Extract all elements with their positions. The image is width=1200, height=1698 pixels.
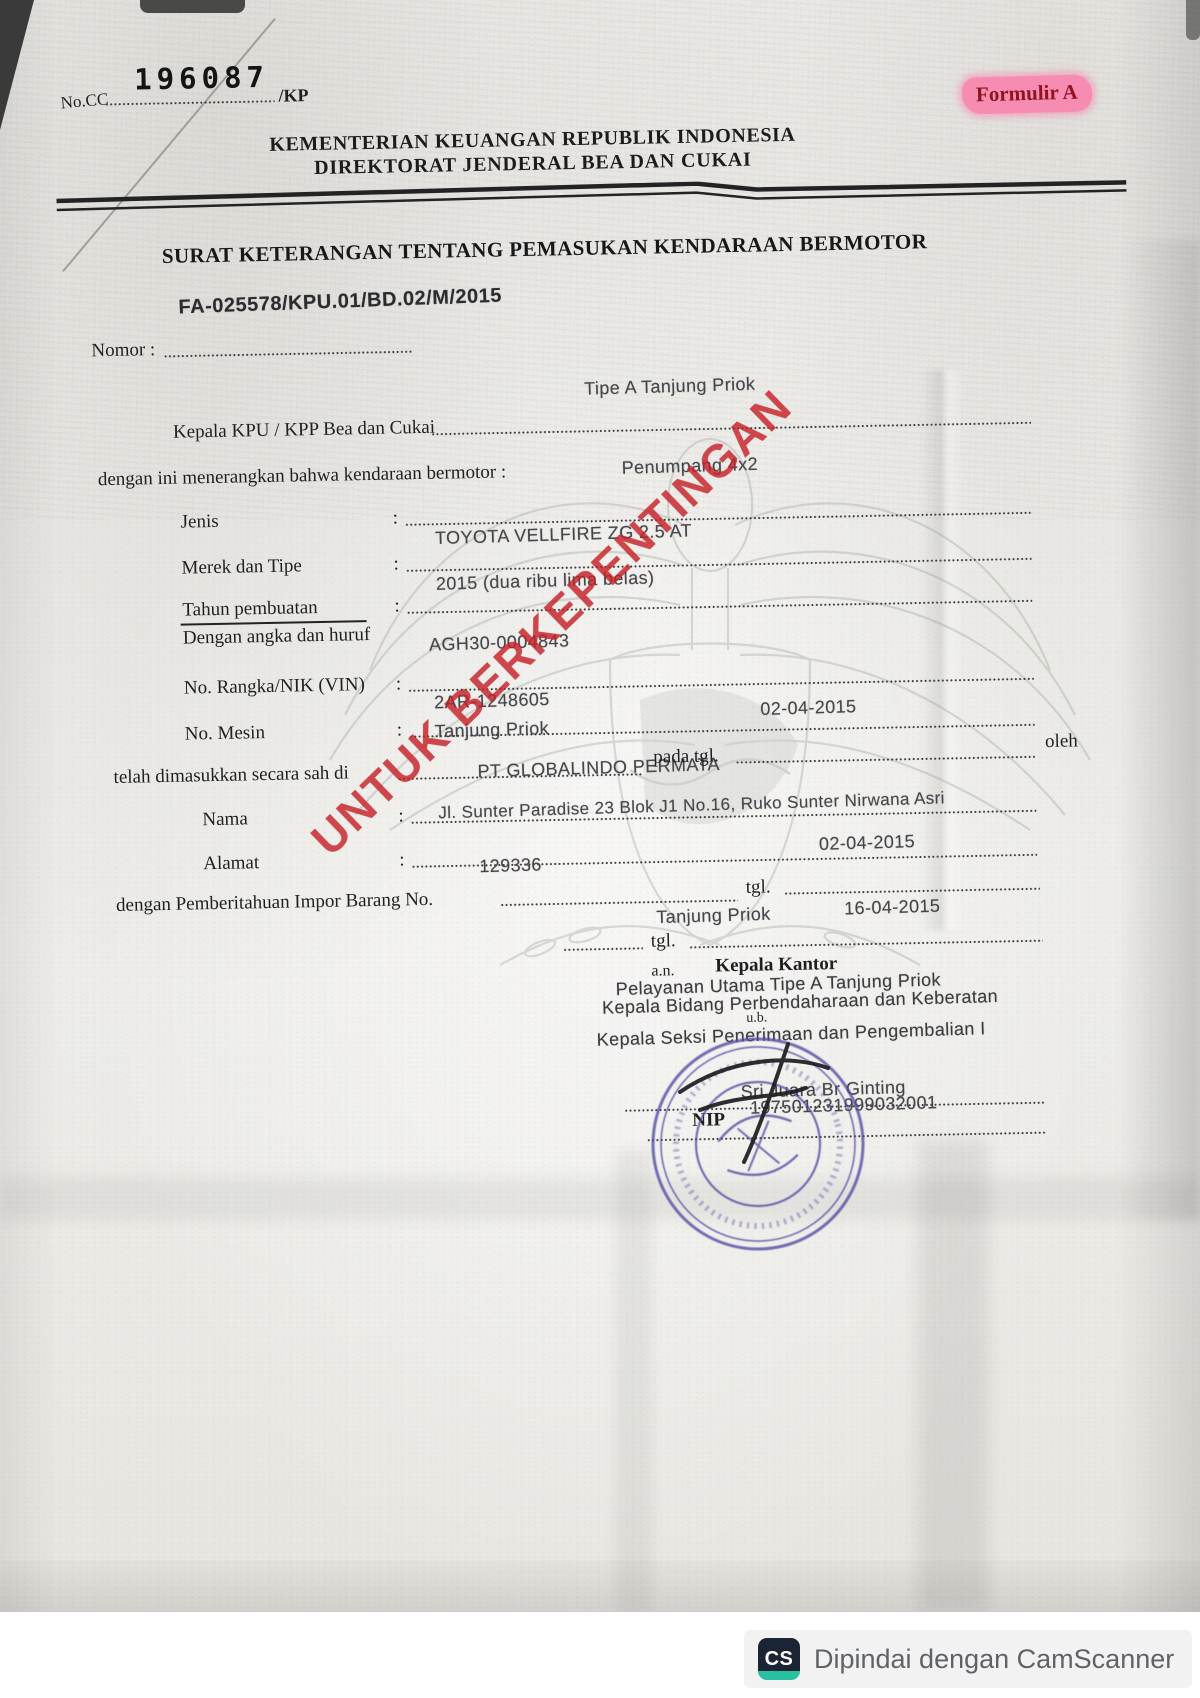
reference-number: FA-025578/KPU.01/BD.02/M/2015 (178, 285, 502, 320)
camscanner-text: Dipindai dengan CamScanner (814, 1644, 1174, 1675)
no-cc-dotted-line (105, 100, 275, 106)
jenis-label: Jenis (180, 511, 218, 534)
mesin-typed-date: 02-04-2015 (760, 696, 857, 720)
office-label: Kepala KPU / KPP Bea dan Cukai (173, 417, 435, 444)
jenis-dotted-line (405, 511, 1031, 526)
no-cc-suffix: /KP (278, 85, 308, 107)
merek-dotted-line (406, 557, 1032, 572)
mesin-label: No. Mesin (185, 722, 266, 746)
camscanner-badge: CS Dipindai dengan CamScanner (744, 1630, 1192, 1688)
no-cc-label: No.CC (60, 89, 109, 113)
nama-colon: : (398, 805, 404, 827)
tahun-label2: Dengan angka dan huruf (183, 624, 371, 650)
issue-typed-date: 16-04-2015 (844, 896, 941, 920)
alamat-label: Alamat (203, 852, 259, 875)
issue-typed-place: Tanjung Priok (656, 904, 771, 928)
nomor-label: Nomor : (91, 339, 155, 362)
no-cc-number: 196087 (134, 60, 269, 97)
document-title: SURAT KETERANGAN TENTANG PEMASUKAN KENDA… (0, 226, 1100, 272)
alamat-typed-date: 02-04-2015 (819, 831, 916, 855)
masuk-label: telah dimasukkan secara sah di (113, 762, 349, 789)
pib-dotted-line-2 (784, 887, 1040, 895)
issue-tgl-label: tgl. (651, 930, 676, 952)
rangka-colon: : (396, 673, 402, 695)
tahun-label: Tahun pembuatan (182, 597, 318, 622)
signature-handwriting (638, 1038, 888, 1168)
nomor-dotted-line (163, 350, 413, 358)
camscanner-icon: CS (758, 1638, 800, 1680)
masuk-oleh: oleh (1045, 730, 1078, 753)
intro-statement: dengan ini menerangkan bahwa kendaraan b… (98, 461, 507, 491)
scanned-document-page: No.CC 196087 /KP KEMENTERIAN KEUANGAN RE… (0, 0, 1200, 1612)
camscanner-footer: CS Dipindai dengan CamScanner (0, 1612, 1200, 1698)
issue-dotted-line-2 (689, 939, 1043, 949)
tahun-dotted-line (406, 599, 1032, 614)
masuk-dotted-line-2 (735, 755, 1035, 764)
rangka-label: No. Rangka/NIK (VIN) (184, 674, 365, 699)
alamat-typed-number: 129336 (479, 854, 542, 877)
pib-label: dengan Pemberitahuan Impor Barang No. (116, 889, 433, 917)
pib-tgl-label: tgl. (746, 876, 771, 898)
formulir-a-badge: Formulir A (962, 74, 1093, 114)
office-typed-value: Tipe A Tanjung Priok (584, 374, 756, 400)
jenis-colon: : (392, 507, 398, 529)
issue-dotted-line-1 (563, 947, 643, 952)
merek-colon: : (393, 553, 399, 575)
alamat-colon: : (399, 849, 405, 871)
merek-label: Merek dan Tipe (181, 555, 302, 579)
masuk-pada-tgl: pada tgl. (653, 745, 719, 768)
nama-label: Nama (202, 808, 248, 831)
edge-smudge-right (1186, 0, 1200, 40)
tahun-colon: : (394, 595, 400, 617)
